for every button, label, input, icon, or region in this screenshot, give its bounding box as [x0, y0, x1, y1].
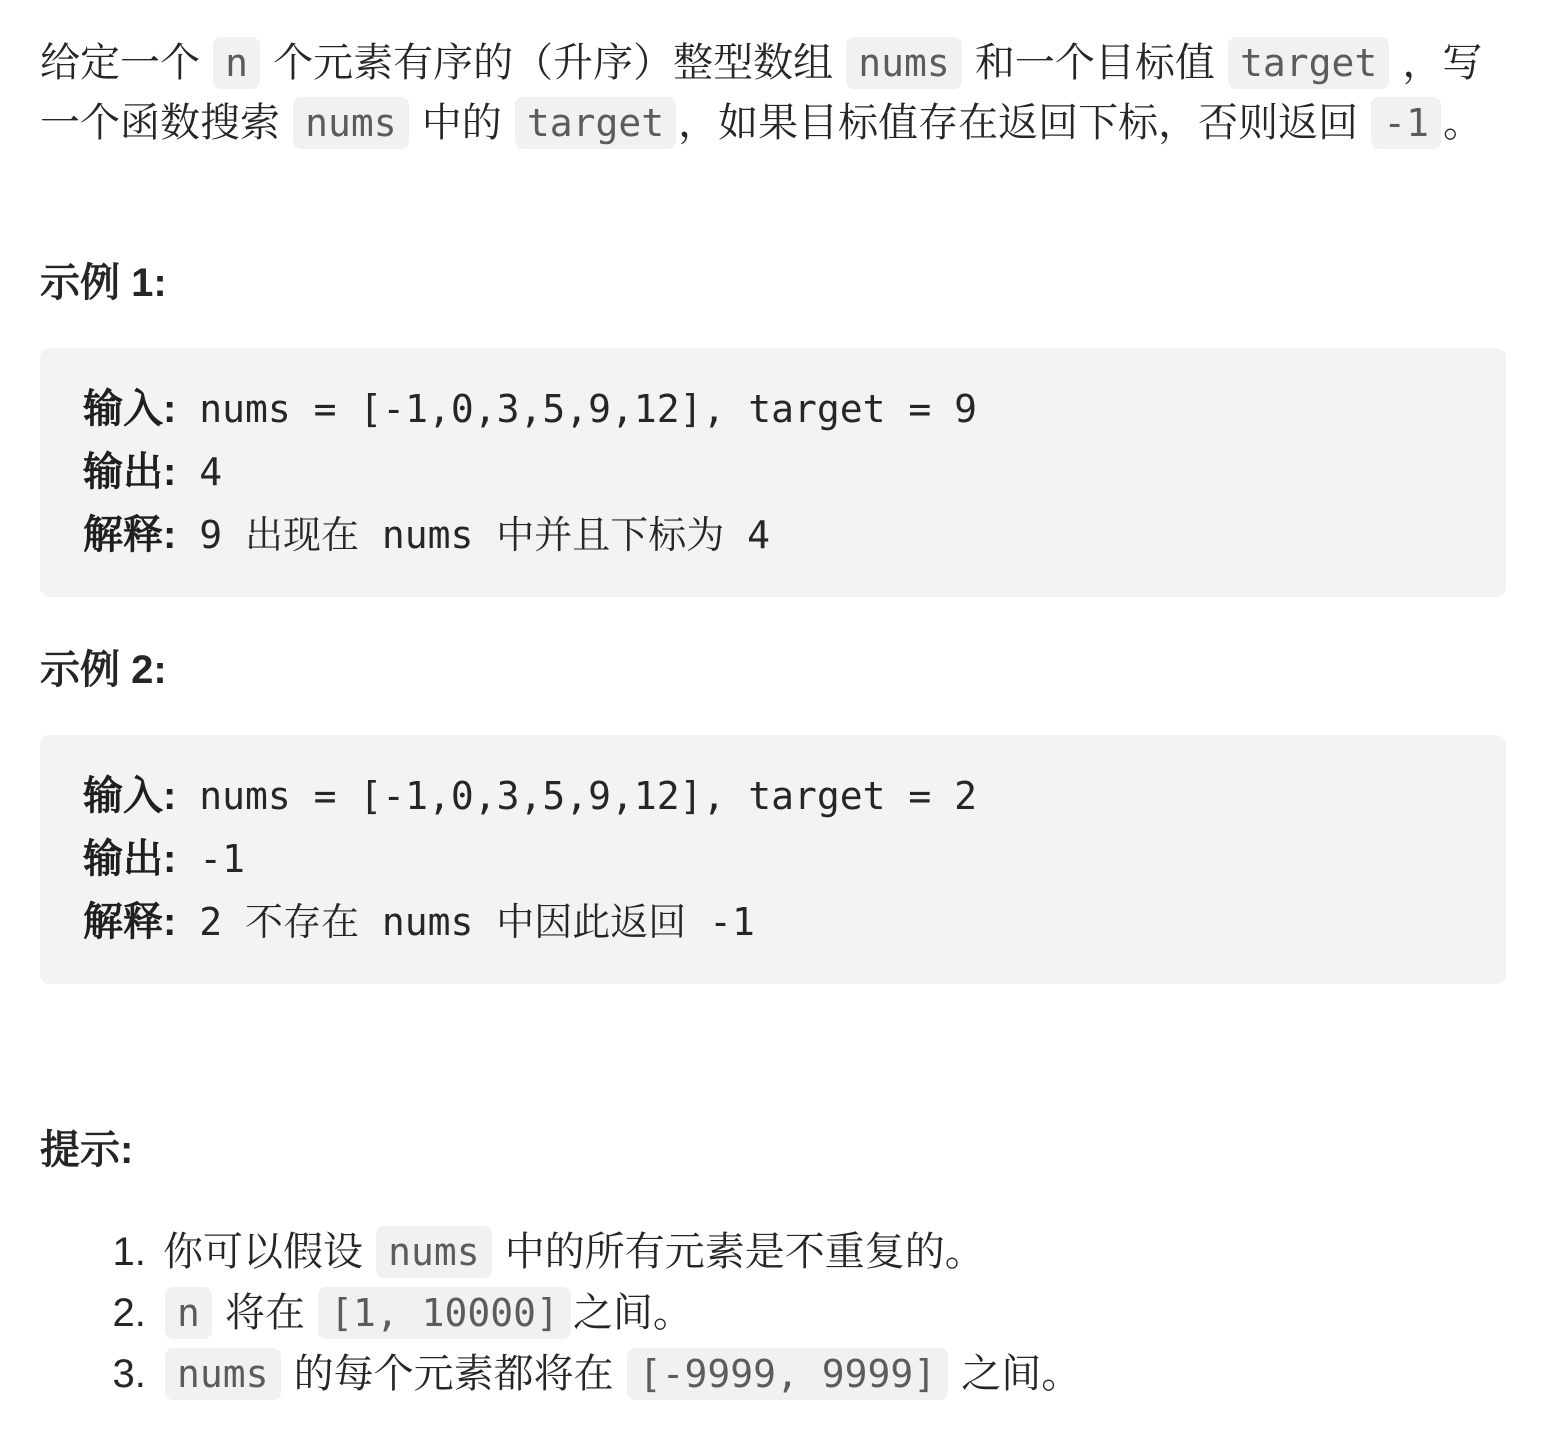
example-line-label: 输出: [83, 837, 176, 881]
example-line-value: 2 不存在 nums 中因此返回 -1 [176, 900, 755, 944]
hints-heading-label: 提示: [40, 1128, 133, 1172]
hint-item-1: 你可以假设 nums 中的所有元素是不重复的。 [157, 1222, 1506, 1283]
example-line-label: 输入: [83, 387, 176, 431]
example-line-label: 解释: [83, 900, 176, 944]
hints-heading: 提示: [40, 1120, 1506, 1180]
inline-code: [-9999, 9999] [627, 1348, 948, 1400]
example-line-label: 输出: [83, 450, 176, 494]
example-2-block: 输入: nums = [-1,0,3,5,9,12], target = 2输出… [40, 735, 1506, 984]
example-2-heading-label: 示例 2: [40, 648, 167, 692]
example-line: 解释: 9 出现在 nums 中并且下标为 4 [83, 504, 1463, 567]
example-1-heading: 示例 1: [40, 253, 1506, 313]
example-line-label: 解释: [83, 513, 176, 557]
inline-code: nums [293, 97, 409, 149]
example-line: 输入: nums = [-1,0,3,5,9,12], target = 9 [83, 378, 1463, 441]
example-2-heading: 示例 2: [40, 640, 1506, 700]
problem-statement: 给定一个 n 个元素有序的（升序）整型数组 nums 和一个目标值 target… [40, 33, 1506, 153]
example-line-value: nums = [-1,0,3,5,9,12], target = 9 [176, 387, 977, 431]
example-line-label: 输入: [83, 774, 176, 818]
inline-code: target [515, 97, 676, 149]
hint-item-3: nums 的每个元素都将在 [-9999, 9999] 之间。 [157, 1344, 1506, 1405]
example-line: 输入: nums = [-1,0,3,5,9,12], target = 2 [83, 765, 1463, 828]
inline-code: n [165, 1287, 212, 1339]
inline-code: target [1228, 37, 1389, 89]
hint-item-2: n 将在 [1, 10000]之间。 [157, 1283, 1506, 1344]
example-line: 解释: 2 不存在 nums 中因此返回 -1 [83, 891, 1463, 954]
example-line-value: nums = [-1,0,3,5,9,12], target = 2 [176, 774, 977, 818]
example-line-value: 9 出现在 nums 中并且下标为 4 [176, 513, 770, 557]
example-line: 输出: -1 [83, 828, 1463, 891]
example-line-value: 4 [176, 450, 222, 494]
problem-description-panel: 给定一个 n 个元素有序的（升序）整型数组 nums 和一个目标值 target… [0, 0, 1562, 1453]
example-line-value: -1 [176, 837, 245, 881]
example-1-heading-label: 示例 1: [40, 261, 167, 305]
inline-code: nums [376, 1226, 492, 1278]
example-1-block: 输入: nums = [-1,0,3,5,9,12], target = 9输出… [40, 348, 1506, 597]
inline-code: [1, 10000] [318, 1287, 571, 1339]
hint-list: 你可以假设 nums 中的所有元素是不重复的。 n 将在 [1, 10000]之… [40, 1222, 1506, 1405]
inline-code: n [213, 37, 260, 89]
inline-code: nums [165, 1348, 281, 1400]
example-line: 输出: 4 [83, 441, 1463, 504]
inline-code: nums [846, 37, 962, 89]
inline-code: -1 [1371, 97, 1441, 149]
